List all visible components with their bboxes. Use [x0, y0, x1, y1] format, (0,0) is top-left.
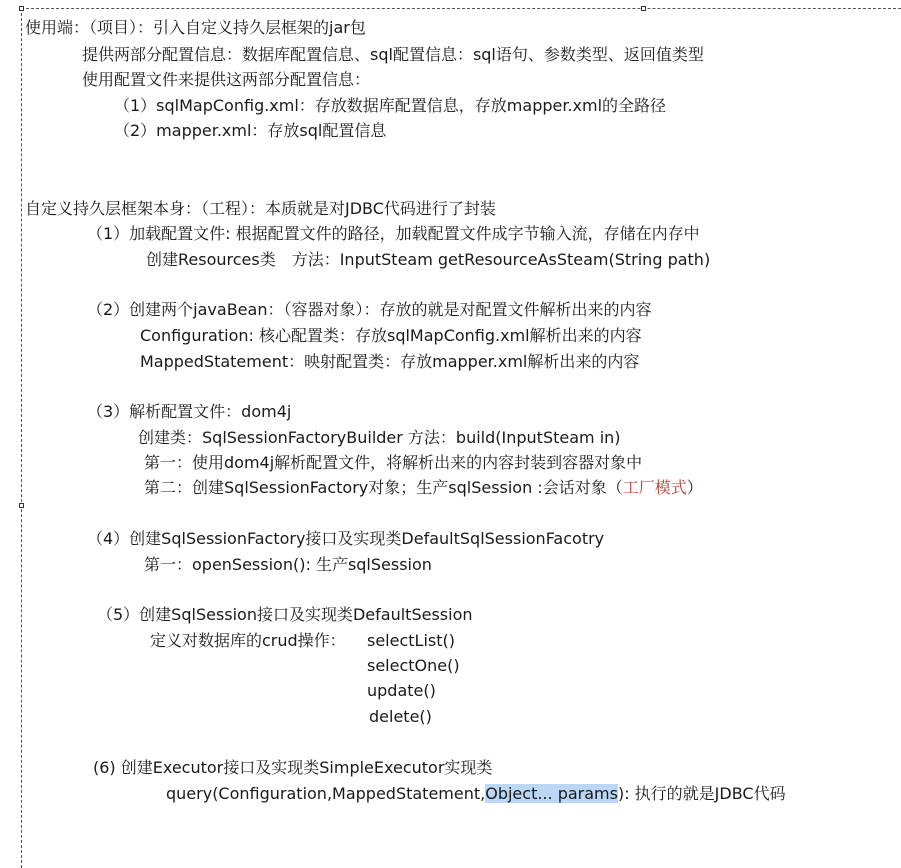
step-title: （1）加载配置文件: 根据配置文件的路径，加载配置文件成字节输入流，存储在内存中 — [87, 224, 700, 244]
step-detail: 创建类：SqlSessionFactoryBuilder 方法：build(In… — [138, 428, 621, 448]
step-title: （5）创建SqlSession接口及实现类DefaultSession — [97, 605, 473, 625]
step-detail: MappedStatement：映射配置类：存放mapper.xml解析出来的内… — [140, 352, 639, 372]
selected-text[interactable]: Object... params — [485, 784, 618, 803]
text-box-border-left — [21, 8, 22, 868]
step-title: （2）创建两个javaBean：（容器对象）：存放的就是对配置文件解析出来的内容 — [87, 300, 651, 320]
crud-label: 定义对数据库的crud操作： — [150, 631, 346, 651]
crud-method: update() — [367, 681, 436, 701]
step-detail: query(Configuration,MappedStatement,Obje… — [166, 784, 786, 804]
step-title: （4）创建SqlSessionFactory接口及实现类DefaultSqlSe… — [87, 529, 604, 549]
step-detail: 第一：使用dom4j解析配置文件，将解析出来的内容封装到容器对象中 — [144, 453, 642, 473]
text-line: 使用配置文件来提供这两部分配置信息： — [82, 70, 370, 90]
step-detail: 第一：openSession(): 生产sqlSession — [144, 555, 432, 575]
resize-handle-top-left[interactable] — [19, 6, 24, 11]
step-detail-text: ） — [687, 478, 703, 497]
list-item: （2）mapper.xml：存放sql配置信息 — [114, 121, 386, 141]
crud-method: selectList() — [367, 631, 455, 651]
step-detail-text: 第二：创建SqlSessionFactory对象；生产sqlSession :会… — [144, 478, 623, 497]
query-signature-text: ): 执行的就是JDBC代码 — [618, 784, 786, 803]
step-detail: 第二：创建SqlSessionFactory对象；生产sqlSession :会… — [144, 478, 703, 498]
step-title: （3）解析配置文件：dom4j — [87, 402, 291, 422]
resize-handle-middle-left[interactable] — [19, 503, 24, 508]
list-item: （1）sqlMapConfig.xml：存放数据库配置信息，存放mapper.x… — [114, 96, 666, 116]
section-heading-framework: 自定义持久层框架本身：（工程）：本质就是对JDBC代码进行了封装 — [25, 199, 496, 219]
step-detail: Configuration: 核心配置类：存放sqlMapConfig.xml解… — [140, 326, 642, 346]
section-heading-client: 使用端：（项目）：引入自定义持久层框架的jar包 — [25, 18, 366, 38]
step-detail: 创建Resources类 方法：InputSteam getResourceAs… — [146, 250, 710, 270]
step-title: (6) 创建Executor接口及实现类SimpleExecutor实现类 — [93, 758, 492, 778]
crud-method: selectOne() — [367, 656, 460, 676]
text-box-border-top — [21, 8, 901, 9]
crud-method: delete() — [369, 707, 432, 727]
resize-handle-top-middle[interactable] — [641, 6, 646, 11]
text-line: 提供两部分配置信息：数据库配置信息、sql配置信息：sql语句、参数类型、返回值… — [82, 45, 704, 65]
highlighted-term-factory-pattern: 工厂模式 — [623, 478, 687, 497]
query-signature-text: query(Configuration,MappedStatement, — [166, 784, 485, 803]
